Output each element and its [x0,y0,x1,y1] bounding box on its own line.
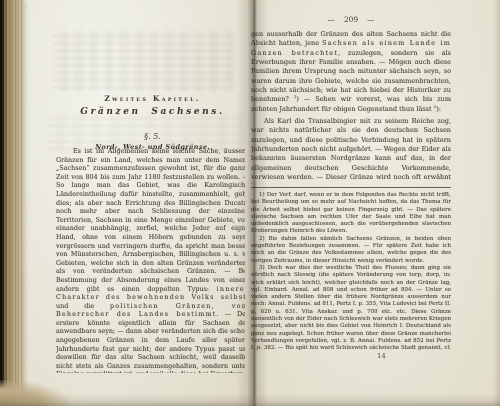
right-page: —209— gen ausserhalb der Gränzen des alt… [245,0,500,406]
section-number: §. 5. [56,132,249,141]
left-page: Zweites Kapitel. Gränzen Sachsens. §. 5.… [23,0,245,406]
footnote-1: 1) Der Verf. darf, wenn er in dem Folgen… [251,192,451,236]
header-dash-right: — [367,15,374,24]
footnote-separator-rule [251,187,451,188]
chapter-heading: Zweites Kapitel. [56,94,249,103]
footnotes-block: 1) Der Verf. darf, wenn er in dem Folgen… [251,192,451,352]
bleedthrough-text-upper [53,30,235,92]
chapter-title: Gränzen Sachsens. [56,107,249,117]
book-gutter-shadow [236,0,268,406]
paragraph-continuation: gen ausserhalb der Gränzen des alten Sac… [251,30,451,114]
footnote-3: 3) Doch war dies der westliche Theil des… [251,265,451,352]
page-number-header: —209— [251,15,451,24]
right-page-main-text: gen ausserhalb der Gränzen des alten Sac… [251,30,451,184]
book-page-edges [0,0,23,406]
paragraph-new: Als Karl die Transalbingier mit zu seine… [251,117,451,184]
footnote-2: 2) Bis dahin fallen nämlich Sachsens Grä… [251,236,451,265]
left-page-body-text: Es ist im Allgemeinen keine leichte Sach… [56,147,249,373]
bottom-edge-shadow [0,394,500,406]
page-number: 209 [344,15,358,24]
header-dash-left: — [328,15,335,24]
left-page-headings: Zweites Kapitel. Gränzen Sachsens. §. 5.… [56,94,249,151]
signature-mark: 14 [377,352,386,360]
right-page-edge-shadow [493,0,500,406]
book-scan: Zweites Kapitel. Gränzen Sachsens. §. 5.… [0,0,500,406]
